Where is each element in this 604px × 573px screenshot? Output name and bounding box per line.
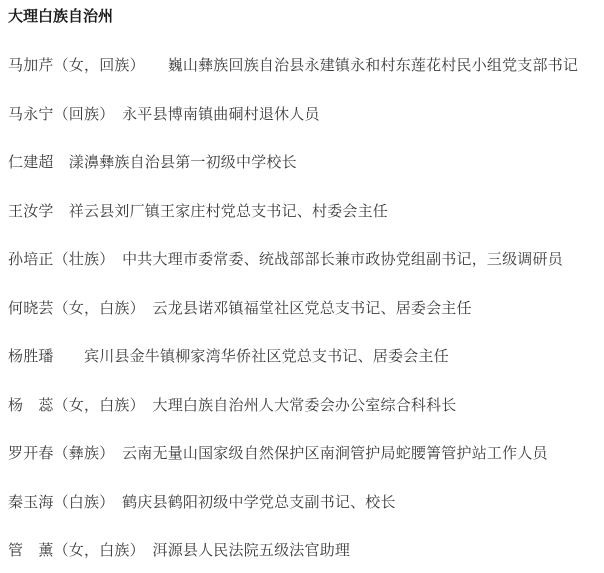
- person-entry: 何晓芸（女，白族） 云龙县诺邓镇福堂社区党总支书记、居委会主任: [8, 301, 596, 317]
- person-entry: 马永宁（回族） 永平县博南镇曲硐村退休人员: [8, 107, 596, 123]
- person-entry: 杨 蕊（女，白族） 大理白族自治州人大常委会办公室综合科科长: [8, 398, 596, 414]
- person-entry: 王汝学 祥云县刘厂镇王家庄村党总支书记、村委会主任: [8, 204, 596, 220]
- person-entry: 杨胜璠 宾川县金牛镇柳家湾华侨社区党总支书记、居委会主任: [8, 349, 596, 365]
- person-entry: 马加芹（女，回族） 巍山彝族回族自治县永建镇永和村东莲花村民小组党支部书记: [8, 58, 596, 74]
- person-entry: 孙培正（壮族） 中共大理市委常委、统战部部长兼市政协党组副书记，三级调研员: [8, 252, 596, 268]
- person-entry: 秦玉海（白族） 鹤庆县鹤阳初级中学党总支副书记、校长: [8, 495, 596, 511]
- section-title: 大理白族自治州: [8, 8, 596, 25]
- person-entry: 罗开春（彝族） 云南无量山国家级自然保护区南涧管护局蛇腰箐管护站工作人员: [8, 446, 596, 462]
- person-entry: 仁建超 漾濞彝族自治县第一初级中学校长: [8, 155, 596, 171]
- person-entry: 管 薰（女，白族） 洱源县人民法院五级法官助理: [8, 543, 596, 559]
- document-page: 大理白族自治州 马加芹（女，回族） 巍山彝族回族自治县永建镇永和村东莲花村民小组…: [0, 0, 604, 559]
